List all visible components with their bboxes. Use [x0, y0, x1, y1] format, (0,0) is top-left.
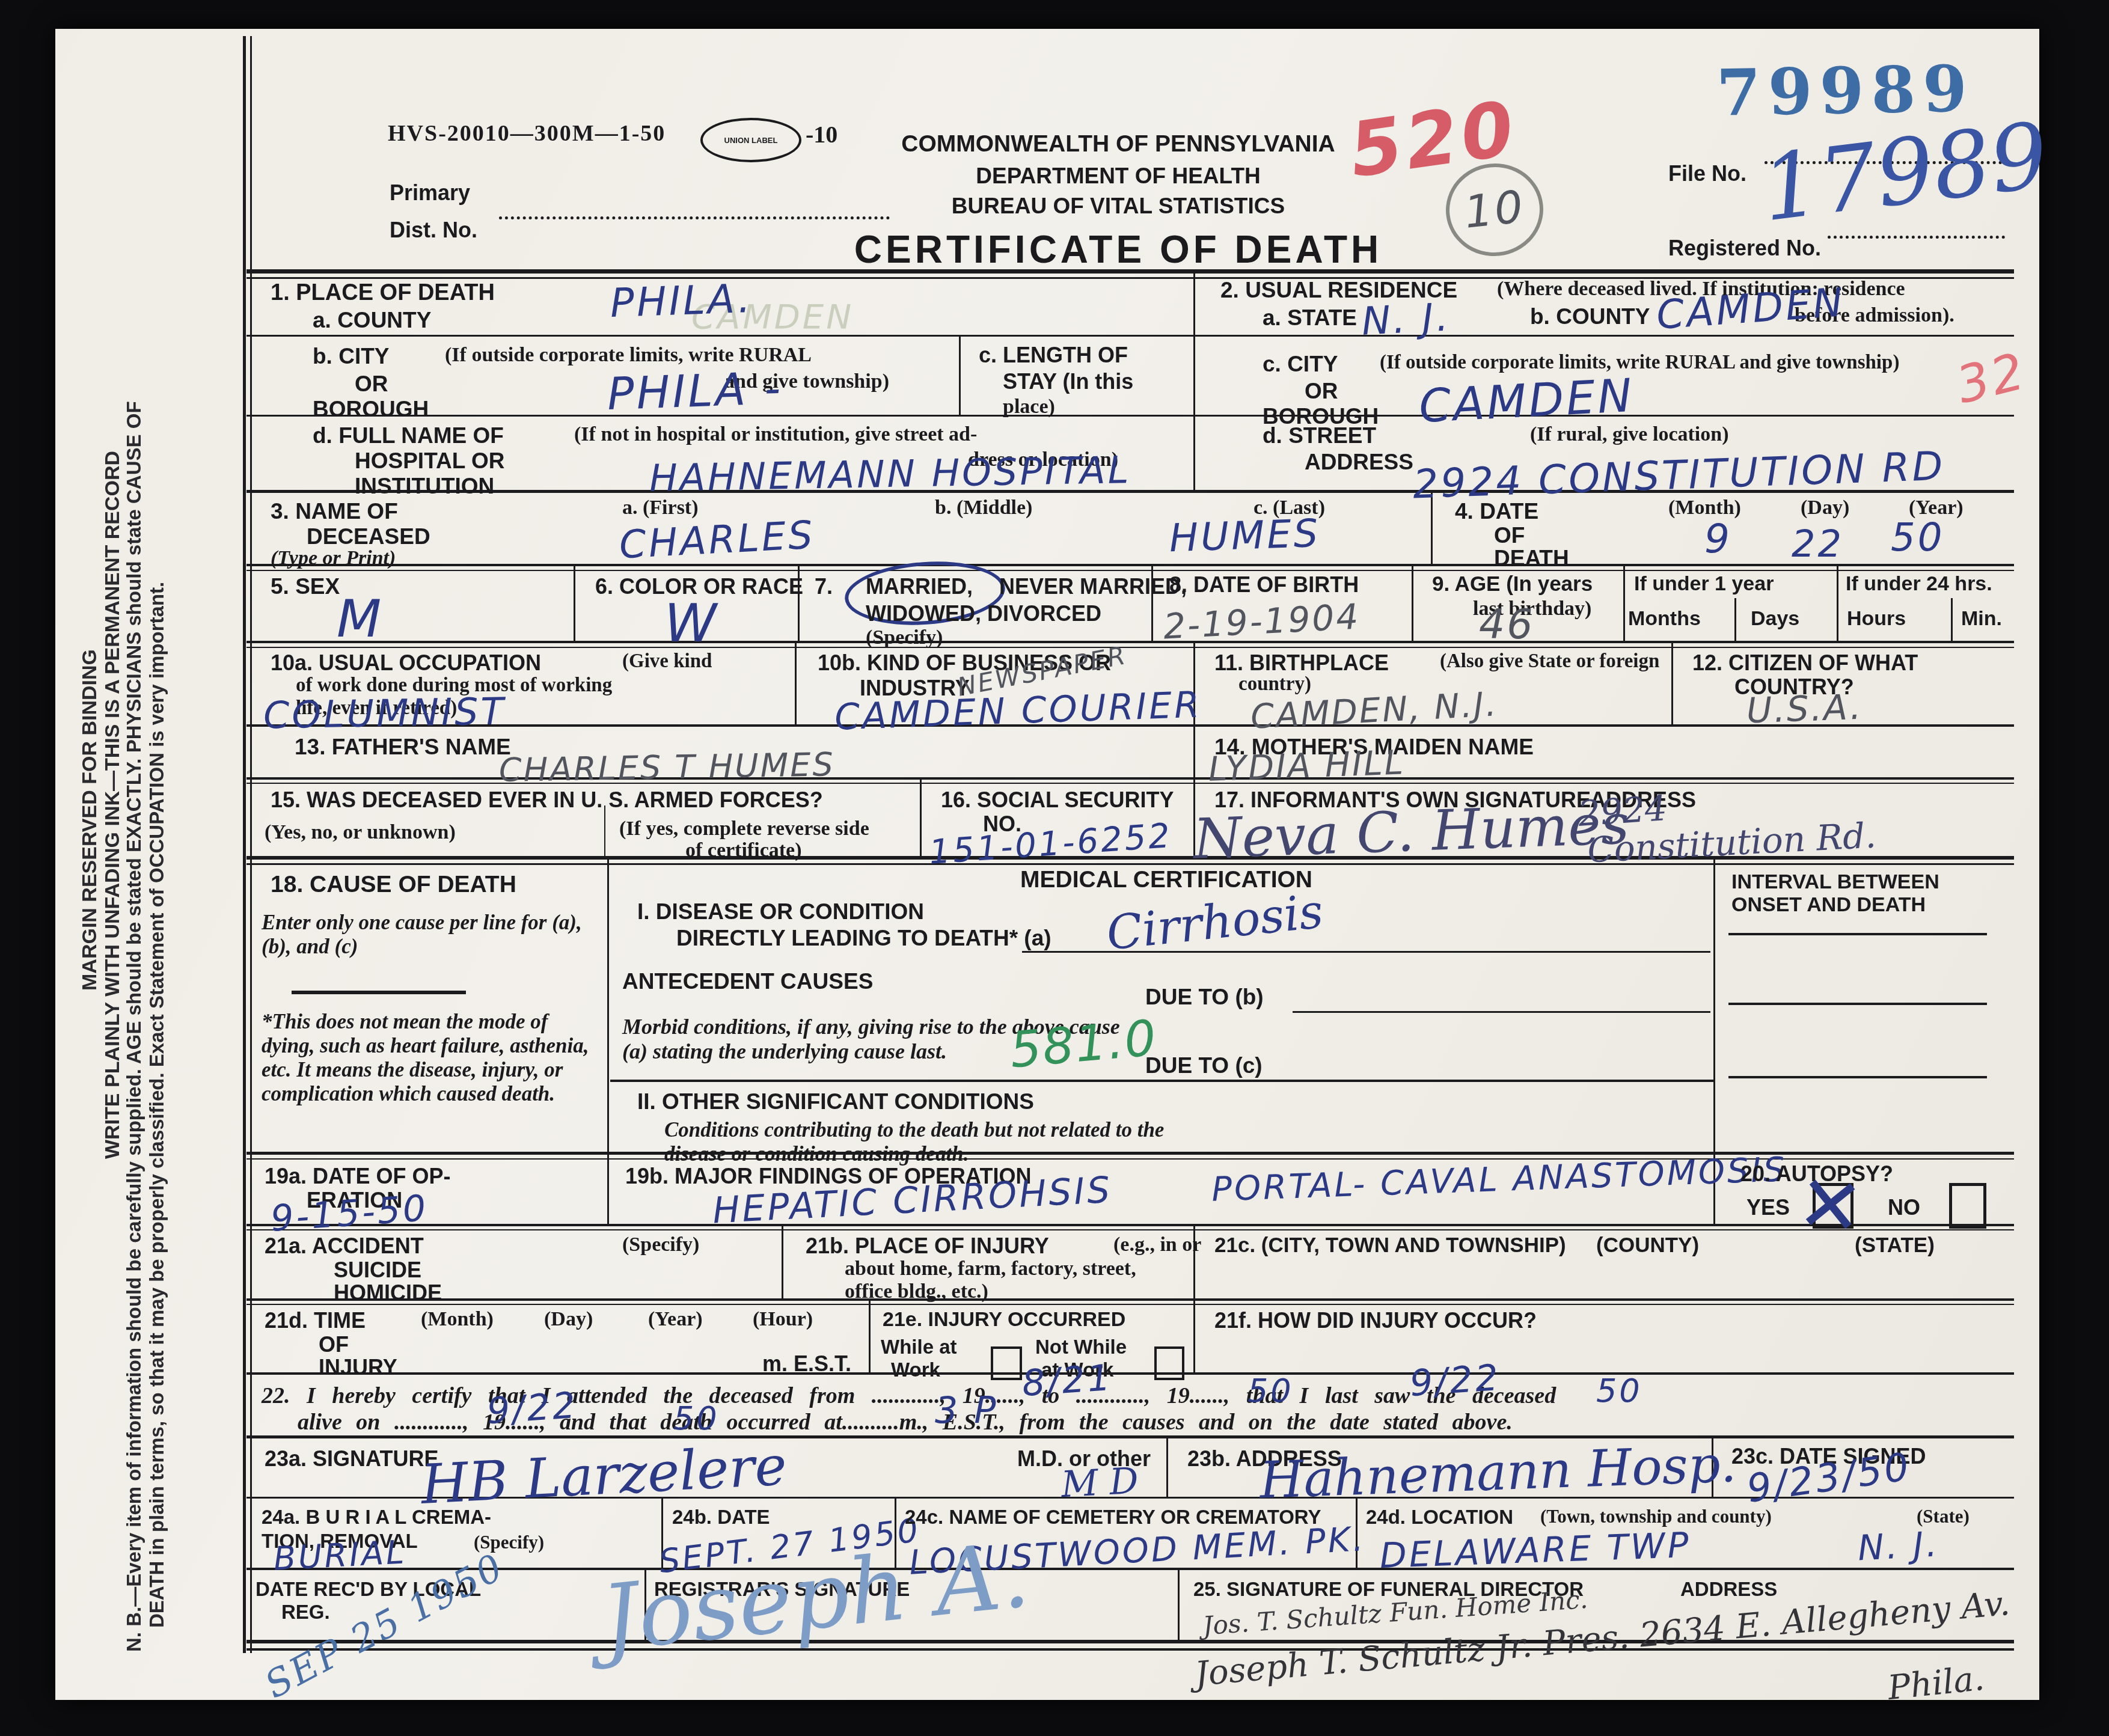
s21b-paren-2: about home, farm, factory, street, [845, 1258, 1136, 1280]
s2c-paren: (If outside corporate limits, write RURA… [1380, 352, 1899, 374]
s1b-or: OR [355, 371, 388, 397]
s3-last-value: HUMES [1169, 512, 1321, 561]
s2b-label-text: b. COUNTY [1530, 304, 1650, 329]
divider-hours-min [1951, 598, 1953, 641]
row-e-rule-1 [246, 641, 2014, 643]
s7-number: 7. [815, 574, 833, 599]
row-b-rule [246, 415, 2014, 417]
s21d-hour: (Hour) [753, 1308, 813, 1331]
s24d-paren: (Town, township and county) [1540, 1506, 1772, 1527]
s22-to-year: 50 [1596, 1372, 1642, 1410]
form-number: HVS-20010—300M—1-50 [388, 120, 666, 147]
header-department: DEPARTMENT OF HEALTH [872, 164, 1365, 189]
s1d-label: d. FULL NAME OF [313, 423, 504, 448]
s3-title: 3. NAME OF [271, 499, 398, 524]
header-rule-1 [246, 269, 2014, 274]
s21a-label-3: HOMICIDE [334, 1280, 442, 1306]
s23a-label: 23a. SIGNATURE [265, 1446, 438, 1472]
divider-10a-10b [795, 641, 797, 724]
s22-from-date: 8/21 [1021, 1357, 1114, 1405]
divider-under1-under24 [1837, 564, 1838, 641]
s18-i-label-2: DIRECTLY LEADING TO DEATH* (a) [676, 926, 1051, 951]
s22-from-year: 50 [1247, 1372, 1294, 1410]
pencil-circle-number: 10 [1462, 181, 1528, 239]
s18-i-label: I. DISEASE OR CONDITION [637, 899, 924, 925]
s21b-paren-3: office bldg., etc.) [845, 1280, 988, 1303]
s1d-paren-1: (If not in hospital or institution, give… [574, 423, 977, 446]
divider-s1-s2 [1193, 269, 1195, 490]
s7-specify: (Specify) [866, 626, 943, 649]
divider-s8-s9 [1412, 564, 1413, 641]
row-j-rule-2 [246, 1229, 2014, 1230]
registered-no-label: Registered No. [1668, 236, 1821, 261]
s18-note-1: Enter only one cause per line for (a), (… [262, 911, 598, 959]
s25-addr-label: ADDRESS [1680, 1578, 1777, 1601]
s13-label: 13. FATHER'S NAME [295, 735, 511, 760]
s9-days-label: Days [1751, 607, 1799, 631]
s2d-label-2: ADDRESS [1305, 450, 1413, 475]
s1b-city-value: PHILA - [607, 362, 784, 420]
s8-label: 8. DATE OF BIRTH [1169, 572, 1359, 598]
s3-first-label: a. (First) [622, 497, 699, 519]
s18-ii-text: Conditions contributing to the death but… [664, 1118, 1217, 1166]
s5-label: 5. SEX [271, 574, 340, 599]
margin-note-nb-2: DEATH in plain terms, so that it may be … [145, 582, 168, 1628]
primary-label: Primary [390, 180, 470, 206]
s1a-label: a. COUNTY [313, 308, 431, 333]
s2a-state-value: N. J. [1361, 295, 1451, 344]
s1d-hospital-value: HAHNEMANN HOSPITAL [649, 448, 1131, 500]
s1d-label-3: INSTITUTION [355, 474, 494, 499]
s4-title-3: DEATH [1494, 546, 1569, 571]
s16-label: 16. SOCIAL SECURITY [941, 787, 1174, 813]
s21e-notwhile-1: Not While [1035, 1336, 1127, 1359]
s19a-label: 19a. DATE OF OP- [265, 1164, 450, 1189]
s10a-value: COLUMNIST [263, 689, 506, 737]
divider-sig-25 [1178, 1568, 1180, 1640]
row-l-rule [246, 1372, 2014, 1375]
dist-no-blank [499, 216, 890, 219]
s21b-label: 21b. PLACE OF INJURY [806, 1233, 1049, 1259]
s23a-md-value: M D [1060, 1460, 1139, 1506]
header-commonwealth: COMMONWEALTH OF PENNSYLVANIA [872, 131, 1365, 157]
s1c-label: c. LENGTH OF [979, 343, 1128, 368]
row-k-rule-2 [246, 1304, 2014, 1305]
s1b-borough: BOROUGH [313, 397, 429, 422]
death-certificate-scan: { "colors": { "ink_blue": "#2c3a85", "pe… [0, 0, 2109, 1736]
s9-under24-label: If under 24 hrs. [1846, 572, 1992, 596]
union-bug-suffix: -10 [806, 120, 837, 148]
s21e-while-checkbox [991, 1346, 1022, 1380]
s18-label: 18. CAUSE OF DEATH [271, 872, 516, 898]
margin-note-binding: MARGIN RESERVED FOR BINDING [78, 649, 102, 991]
s15-paren-2: (If yes, complete reverse side [619, 818, 869, 840]
s11-paren-1: (Also give State or foreign [1440, 650, 1659, 673]
form-left-border-outer [243, 36, 246, 1653]
s21c-county: (COUNTY) [1596, 1233, 1699, 1258]
s1a-county-value: PHILA. [610, 275, 754, 326]
divider-s5-s6 [574, 564, 575, 641]
s21d-est: m. E.S.T. [762, 1351, 851, 1377]
s2d-label: d. STREET [1263, 423, 1376, 448]
s21e-label: 21e. INJURY OCCURRED [883, 1308, 1125, 1331]
s11-paren-2: country) [1238, 673, 1311, 695]
s4-month-value: 9 [1704, 516, 1732, 562]
divider-13-14 [1193, 724, 1195, 777]
s3-title-3: (Type or Print) [271, 547, 396, 570]
s2d-paren: (If rural, give location) [1530, 423, 1729, 446]
divider-18-medcert [607, 856, 609, 1224]
header-bureau: BUREAU OF VITAL STATISTICS [872, 194, 1365, 219]
s21d-month: (Month) [421, 1308, 494, 1331]
s24a-value: BURIAL [273, 1533, 408, 1577]
s3-title-2: DECEASED [307, 524, 430, 549]
divider-23a-23b [1166, 1435, 1168, 1497]
s12-value: U.S.A. [1746, 686, 1864, 732]
dist-no-label: Dist. No. [390, 218, 477, 243]
s21d-label-3: INJURY [319, 1355, 397, 1380]
s1c-label-3: place) [1003, 396, 1055, 418]
s6-value: W [664, 592, 719, 654]
s24d-state-value: N. J. [1856, 1523, 1940, 1568]
s21a-label: 21a. ACCIDENT [265, 1233, 424, 1259]
s21f-label: 21f. HOW DID INJURY OCCUR? [1214, 1308, 1537, 1333]
s21c-label: 21c. (CITY, TOWN AND TOWNSHIP) [1214, 1233, 1566, 1258]
s21b-paren-1: (e.g., in or [1113, 1233, 1201, 1256]
certificate-title: CERTIFICATE OF DEATH [842, 227, 1395, 272]
s15-paren-1: (Yes, no, or unknown) [265, 821, 456, 844]
date-recd-label-2: REG. [281, 1601, 330, 1624]
s10a-label: 10a. USUAL OCCUPATION [271, 650, 541, 676]
s3-middle-label: b. (Middle) [935, 497, 1032, 519]
s20-yes-label: YES [1746, 1195, 1790, 1220]
s9-hours-label: Hours [1847, 607, 1906, 631]
s18-note-underline [292, 991, 466, 994]
s21e-notwhile-checkbox [1154, 1346, 1184, 1380]
s21a-label-2: SUICIDE [334, 1258, 421, 1283]
s13-value: CHARLES T HUMES [498, 745, 835, 789]
divider-11-12 [1671, 641, 1673, 724]
divider-15-16 [920, 777, 922, 856]
s22-alive-date: 9/22 [486, 1384, 579, 1432]
s18-due-b-label: DUE TO (b) [1145, 985, 1264, 1010]
s15-paren-3: of certificate) [685, 839, 801, 862]
row-h-rule-2 [246, 863, 2014, 865]
s5-value: M [337, 589, 384, 649]
s21a-specify: (Specify) [622, 1233, 699, 1256]
row-a-rule [246, 335, 2014, 337]
s21e-while-2: Work [891, 1359, 940, 1381]
union-printing-bug: UNION LABEL [700, 118, 801, 162]
divider-21e-21f [1193, 1298, 1195, 1372]
file-no-label: File No. [1668, 161, 1746, 186]
s9-under1-label: If under 1 year [1634, 572, 1774, 596]
s4-day-label: (Day) [1801, 497, 1849, 519]
s20-no-label: NO [1888, 1195, 1920, 1220]
s18-due-c-line [610, 1080, 1713, 1082]
row-j-rule-1 [246, 1224, 2014, 1226]
divider-15-inner [604, 805, 605, 856]
s21d-label: 21d. TIME [265, 1308, 366, 1333]
interval-label-2: ONSET AND DEATH [1731, 893, 1926, 917]
s7-rest: NEVER MARRIED, [999, 574, 1187, 599]
s4-title: 4. DATE [1455, 499, 1538, 524]
s15-label: 15. WAS DECEASED EVER IN U. S. ARMED FOR… [271, 787, 823, 813]
s4-year-value: 50 [1891, 516, 1944, 560]
s9-months-label: Months [1628, 607, 1701, 631]
divider-s9-under1 [1623, 564, 1625, 641]
s24d-label: 24d. LOCATION [1366, 1506, 1513, 1529]
s18-due-b-line [1293, 1011, 1710, 1013]
s4-day-value: 22 [1792, 522, 1844, 566]
interval-line-1 [1728, 933, 1987, 935]
s21c-state: (STATE) [1855, 1233, 1935, 1258]
row-d-rule-2 [246, 570, 2014, 571]
s1-title: 1. PLACE OF DEATH [271, 280, 495, 306]
s18-due-c-label: DUE TO (c) [1145, 1053, 1263, 1078]
s22-to-date: 9/22 [1409, 1357, 1502, 1405]
s22-alive-year: 50 [673, 1399, 720, 1437]
s24a-label: 24a. B U R I A L CREMA- [262, 1506, 491, 1529]
s22-death-time: 3 P [935, 1390, 998, 1432]
bottom-rule-2 [246, 1648, 2014, 1651]
union-bug-text: UNION LABEL [724, 136, 778, 145]
s18-antecedent-label: ANTECEDENT CAUSES [622, 969, 873, 994]
s24b-label: 24b. DATE [672, 1506, 770, 1529]
margin-note-nb-1: N. B.—Every item of information should b… [123, 401, 145, 1652]
divider-21d-21e [869, 1298, 871, 1372]
row-k-rule-1 [246, 1298, 2014, 1301]
margin-note-write-plainly: WRITE PLAINLY WITH UNFADING INK—THIS IS … [101, 451, 124, 1159]
s1d-label-2: HOSPITAL OR [355, 448, 504, 474]
divider-months-days [1734, 598, 1736, 641]
row-m-rule [246, 1435, 2014, 1438]
registered-no-blank [1828, 236, 2005, 239]
s21e-while-1: While at [881, 1336, 957, 1359]
s11-label: 11. BIRTHPLACE [1214, 650, 1389, 676]
s20-no-checkbox [1949, 1183, 1986, 1229]
divider-1b-1c [959, 335, 961, 415]
s18-note-2: *This does not mean the mode of dying, s… [262, 1010, 601, 1106]
row-d-rule-1 [246, 564, 2014, 566]
divider-21a-21b [782, 1224, 783, 1298]
s1b-label: b. CITY [313, 344, 389, 369]
s9-value: 46 [1479, 601, 1535, 649]
interval-line-2 [1728, 1003, 1987, 1005]
s21d-label-2: OF [319, 1332, 349, 1357]
s4-title-2: OF [1494, 523, 1525, 548]
s14-value: LYDIA HILL [1208, 743, 1406, 789]
s2c-label: c. CITY [1263, 352, 1338, 377]
medical-certification-title: MEDICAL CERTIFICATION [920, 867, 1413, 893]
s9-label: 9. AGE (In years [1432, 572, 1593, 596]
row-e-rule-2 [246, 647, 2014, 648]
s10a-paren-1: (Give kind [622, 650, 712, 673]
s18-ii-label: II. OTHER SIGNIFICANT CONDITIONS [637, 1089, 1034, 1114]
s7-line2: WIDOWED, DIVORCED [866, 601, 1101, 626]
s12-label: 12. CITIZEN OF WHAT [1692, 650, 1918, 676]
interval-label-1: INTERVAL BETWEEN [1731, 870, 1939, 894]
s9-min-label: Min. [1961, 607, 2002, 631]
s21d-day: (Day) [544, 1308, 593, 1331]
s2a-label: a. STATE [1263, 305, 1357, 331]
s21d-year: (Year) [648, 1308, 703, 1331]
interval-line-3 [1728, 1076, 1987, 1078]
s2c-or: OR [1305, 379, 1338, 404]
s1c-label-2: STAY (In this [1003, 369, 1133, 394]
